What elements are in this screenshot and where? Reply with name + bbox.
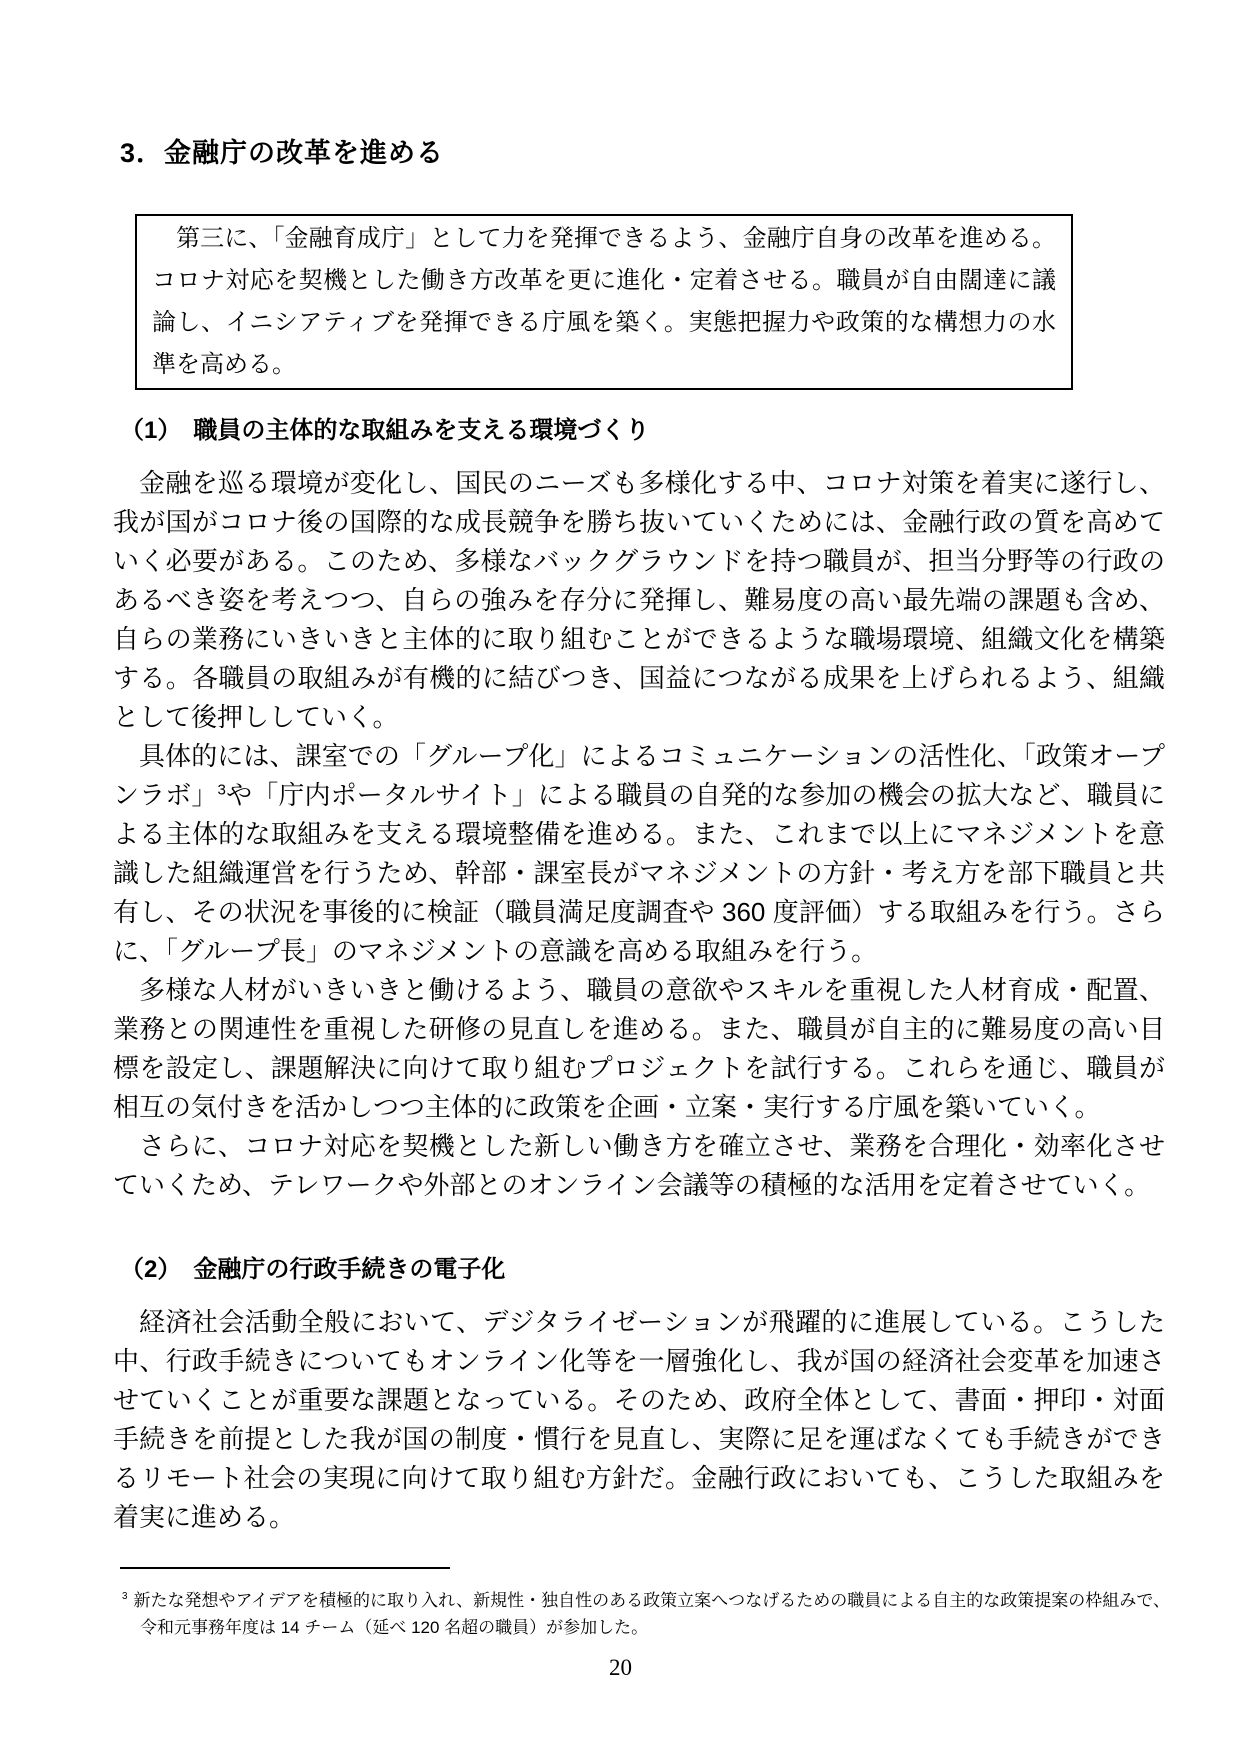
footnote-separator <box>120 1567 450 1569</box>
section-2-heading: （2） 金融庁の行政手続きの電子化 <box>120 1253 1241 1287</box>
footnote: 3新たな発想やアイデアを積極的に取り入れ、新規性・独自性のある政策立案へつなげる… <box>122 1587 1170 1641</box>
page-title: 3．金融庁の改革を進める <box>120 136 1241 170</box>
section-1-paragraph-3: 多様な人材がいきいきと働けるよう、職員の意欲やスキルを重視した人材育成・配置、業… <box>113 971 1165 1127</box>
footnote-reference-3: 3 <box>218 781 226 798</box>
footnote-text: 新たな発想やアイデアを積極的に取り入れ、新規性・独自性のある政策立案へつなげるた… <box>133 1591 1170 1637</box>
section-2-paragraph-1: 経済社会活動全般において、デジタライゼーションが飛躍的に進展している。こうした中… <box>113 1303 1165 1537</box>
summary-box: 第三に、「金融育成庁」として力を発揮できるよう、金融庁自身の改革を進める。コロナ… <box>135 214 1073 390</box>
section-1-paragraph-2: 具体的には、課室での「グループ化」によるコミュニケーションの活性化、「政策オープ… <box>113 737 1165 971</box>
document-page: 3．金融庁の改革を進める 第三に、「金融育成庁」として力を発揮できるよう、金融庁… <box>0 0 1241 1754</box>
section-1-paragraph-1: 金融を巡る環境が変化し、国民のニーズも多様化する中、コロナ対策を着実に遂行し、我… <box>113 464 1165 737</box>
page-number: 20 <box>0 1655 1241 1681</box>
summary-box-text: 第三に、「金融育成庁」として力を発揮できるよう、金融庁自身の改革を進める。コロナ… <box>152 218 1056 386</box>
footnote-marker: 3 <box>122 1591 127 1602</box>
paragraph-text: や「庁内ポータルサイト」による職員の自発的な参加の機会の拡大など、職員による主体… <box>113 780 1165 966</box>
section-1-heading: （1） 職員の主体的な取組みを支える環境づくり <box>120 414 1241 448</box>
section-1-paragraph-4: さらに、コロナ対応を契機とした新しい働き方を確立させ、業務を合理化・効率化させて… <box>113 1127 1165 1205</box>
